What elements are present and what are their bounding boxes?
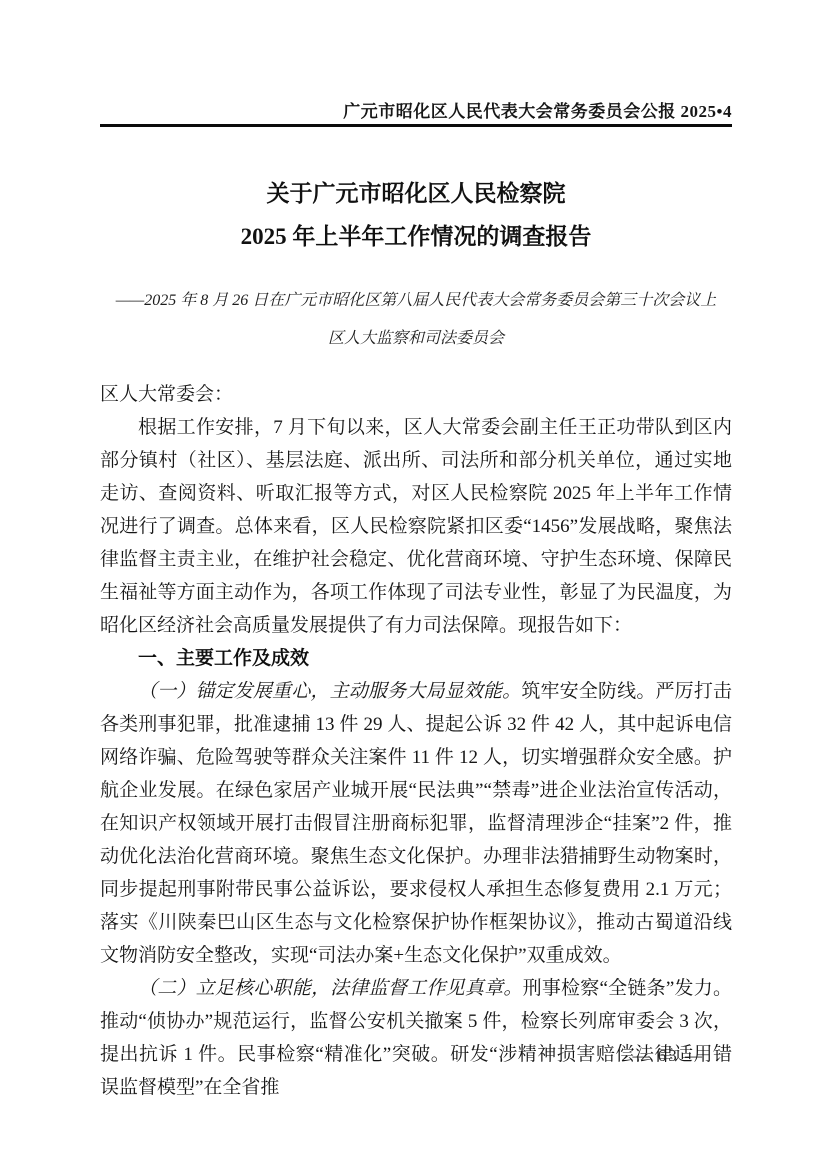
title-line-1: 关于广元市昭化区人民检察院: [100, 172, 732, 215]
paragraph-2-lead: （二）立足核心职能，法律监督工作见真章。: [138, 978, 523, 999]
byline-committee-line: 区人大监察和司法委员会: [88, 320, 744, 358]
paragraph-item-2: （二）立足核心职能，法律监督工作见真章。刑事检察“全链条”发力。推动“侦协办”规…: [100, 972, 732, 1104]
salutation: 区人大常委会：: [100, 378, 732, 411]
document-title: 关于广元市昭化区人民检察院 2025 年上半年工作情况的调查报告: [100, 172, 732, 258]
paragraph-1-lead: （一）锚定发展重心，主动服务大局显效能。: [138, 681, 521, 702]
header-divider: [100, 124, 732, 127]
byline-session-line: ——2025 年 8 月 26 日在广元市昭化区第八届人民代表大会常务委员会第三…: [88, 282, 744, 320]
bulletin-masthead: 广元市昭化区人民代表大会常务委员会公报 2025•4: [100, 97, 732, 122]
document-body: 区人大常委会： 根据工作安排，7 月下旬以来，区人大常委会副主任王正功带队到区内…: [100, 378, 732, 1104]
section-1-heading: 一、主要工作及成效: [100, 642, 732, 675]
document-page: 广元市昭化区人民代表大会常务委员会公报 2025•4 关于广元市昭化区人民检察院…: [0, 0, 827, 1170]
paragraph-1-body: 筑牢安全防线。严厉打击各类刑事犯罪，批准逮捕 13 件 29 人、提起公诉 32…: [100, 681, 732, 966]
intro-paragraph: 根据工作安排，7 月下旬以来，区人大常委会副主任王正功带队到区内部分镇村（社区）…: [100, 411, 732, 642]
page-number: — 63 —: [100, 1046, 704, 1066]
paragraph-item-1: （一）锚定发展重心，主动服务大局显效能。筑牢安全防线。严厉打击各类刑事犯罪，批准…: [100, 675, 732, 972]
title-line-2: 2025 年上半年工作情况的调查报告: [100, 215, 732, 258]
byline-block: ——2025 年 8 月 26 日在广元市昭化区第八届人民代表大会常务委员会第三…: [88, 282, 744, 358]
